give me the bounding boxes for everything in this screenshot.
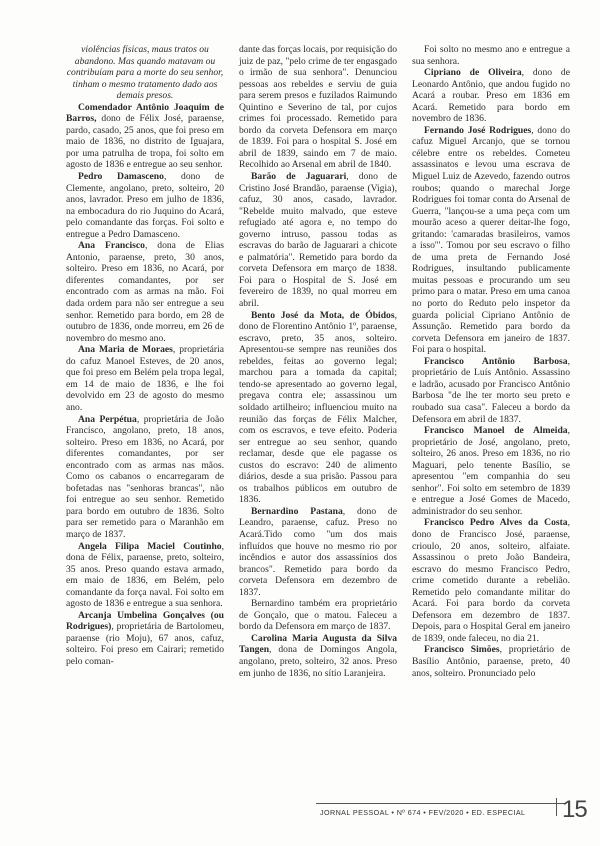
entry-text: , proprietário de José, angolano, preto,… — [412, 425, 570, 517]
entry-name: Pedro Damasceno — [78, 171, 164, 182]
continued-text: dante das forças locais, por requisição … — [239, 44, 397, 171]
entry-name: Bento José da Mota, de Óbidos — [251, 310, 395, 321]
entry: Cipriano de Oliveira, dono de Leonardo A… — [412, 67, 570, 125]
entry-name: Angela Filipa Maciel Coutinho — [78, 541, 222, 552]
entry: Francisco Simões, proprietário de Basíli… — [412, 644, 570, 679]
entry: Bernardino também era proprietário de Go… — [239, 598, 397, 633]
text-column-3: Foi solto no mesmo ano e entregue a sua … — [412, 44, 570, 679]
entry: Arcanja Umbelina Gonçalves (ou Rodrigues… — [66, 610, 224, 668]
entry-name: Barão de Jaguarari — [251, 171, 346, 182]
footer-publication: JORNAL PESSOAL • Nº 674 • FEV/2020 • ED.… — [320, 808, 525, 817]
entry-name: Francisco Pedro Alves da Costa — [424, 517, 568, 528]
entry-text: , dono de Florentino Antônio 1º, paraens… — [239, 310, 397, 506]
continued-text: Foi solto no mesmo ano e entregue a sua … — [412, 44, 570, 67]
lead-italic-text: violências físicas, maus tratos ou aband… — [66, 44, 224, 102]
page-number: 15 — [562, 796, 587, 824]
entry: Barão de Jaguarari, dono de Cristino Jos… — [239, 171, 397, 310]
entry-name: Francisco Simões — [424, 644, 500, 655]
entry: Carolina Maria Augusta da Silva Tangen, … — [239, 633, 397, 679]
document-page: violências físicas, maus tratos ou aband… — [0, 0, 600, 846]
page-number-divider — [556, 798, 557, 816]
entry-name: Ana Francisco — [78, 240, 145, 251]
entry-text: , dono do cafuz Miguel Arcanjo, que se t… — [412, 125, 570, 355]
entry-text: , dono de Cristino José Brandão, paraens… — [239, 171, 397, 309]
entry-text: , dona de Elias Antonio, paraense, preto… — [66, 240, 224, 343]
text-column-2: dante das forças locais, por requisição … — [239, 44, 397, 679]
entry-name: Ana Maria de Moraes — [78, 344, 173, 355]
entry: Ana Francisco, dona de Elias Antonio, pa… — [66, 240, 224, 344]
footer-rule — [316, 803, 566, 804]
entry-text: , dono de Leandro, paraense, cafuz. Pres… — [239, 506, 397, 598]
entry-text: , dono de Francisco José, paraense, crio… — [412, 517, 570, 643]
entry: Comendador Antônio Joaquim de Barros, do… — [66, 102, 224, 171]
entry: Bernardino Pastana, dono de Leandro, par… — [239, 506, 397, 598]
entry-name: Bernardino Pastana — [251, 506, 343, 517]
entry: Ana Perpétua, proprietária de João Franc… — [66, 414, 224, 541]
entry-name: Ana Perpétua — [78, 414, 137, 425]
entry-name: Francisco Antônio Barbosa — [424, 356, 568, 367]
entry: Ana Maria de Moraes, proprietária do caf… — [66, 344, 224, 413]
entry-text: Bernardino também era proprietário de Go… — [239, 598, 397, 632]
entry: Francisco Pedro Alves da Costa, dono de … — [412, 517, 570, 644]
text-column-1: violências físicas, maus tratos ou aband… — [66, 44, 224, 668]
entry-name: Cipriano de Oliveira — [424, 67, 522, 78]
entry: Fernando José Rodrigues, dono do cafuz M… — [412, 125, 570, 356]
entry: Bento José da Mota, de Óbidos, dono de F… — [239, 310, 397, 506]
entry: Pedro Damasceno, dono de Clemente, angol… — [66, 171, 224, 240]
entry: Francisco Manoel de Almeida, proprietári… — [412, 425, 570, 517]
entry-name: Fernando José Rodrigues — [424, 125, 531, 136]
entry-text: , proprietária de João Francisco, angola… — [66, 414, 224, 540]
entry: Angela Filipa Maciel Coutinho, dona de F… — [66, 541, 224, 610]
entry: Francisco Antônio Barbosa, proprietário … — [412, 356, 570, 425]
entry-name: Francisco Manoel de Almeida — [424, 425, 568, 436]
